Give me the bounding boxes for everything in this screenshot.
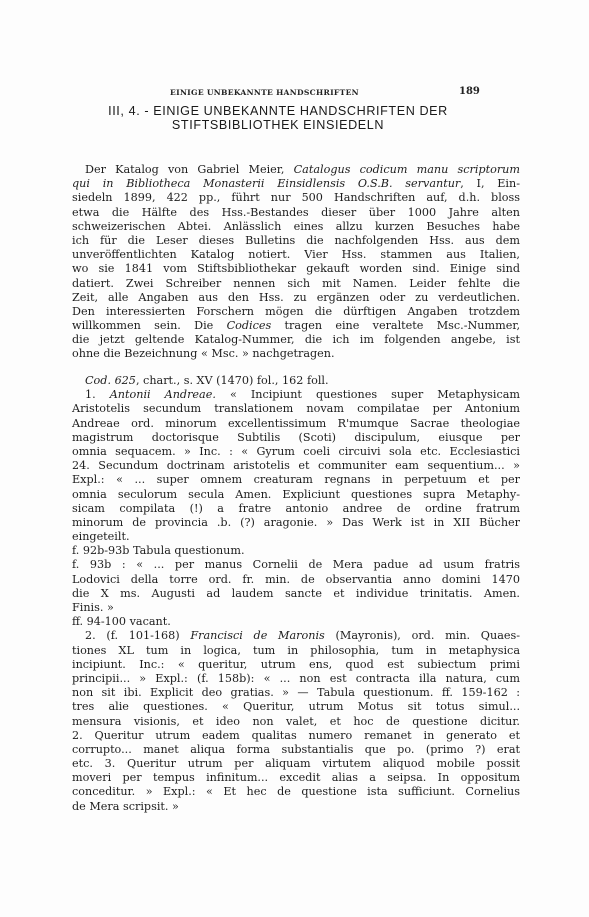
codices-word: Codices — [227, 319, 272, 332]
text-line: wo sie 1841 vom Stiftsbibliothekar gekau… — [72, 262, 520, 276]
author-name: Francisci de Maronis — [190, 629, 324, 642]
text-line: eingeteilt. — [72, 530, 520, 544]
codex-heading: Cod. 625, chart., s. XV (1470) fol., 162… — [72, 374, 520, 388]
text-line: Lodovici della torre ord. fr. min. de ob… — [72, 573, 520, 587]
text-line: qui in Bibliotheca Monasterii Einsidlens… — [72, 177, 520, 191]
text-line: Andreae ord. minorum excellentissimum R'… — [72, 417, 520, 431]
text-line: tres alie questiones. « Queritur, utrum … — [72, 700, 520, 714]
text-line: de Mera scripsit. » — [72, 800, 520, 814]
text-line: ich für die Leser dieses Bulletins die n… — [72, 234, 520, 248]
text-line: die jetzt geltende Katalog-Nummer, die i… — [72, 333, 520, 347]
text-line: Zeit, alle Angaben aus den Hss. zu ergän… — [72, 291, 520, 305]
text-line: sicam compilata (!) a fratre antonio and… — [72, 502, 520, 516]
page-number: 189 — [459, 86, 480, 97]
text-line: ff. 94-100 vacant. — [72, 615, 520, 629]
text-line: Den interessierten Forschern mögen die d… — [72, 305, 520, 319]
text-line: conceditur. » Expl.: « Et hec de questio… — [72, 785, 520, 799]
text-line: omnia sequacem. » Inc. : « Gyrum coeli c… — [72, 445, 520, 459]
catalog-title: Catalogus codicum manu scriptorum — [294, 163, 520, 176]
text-line: willkommen sein. Die Codices tragen eine… — [72, 319, 520, 333]
text-line: mensura visionis, et ideo non valet, et … — [72, 715, 520, 729]
text-line: tiones XL tum in logica, tum in philosop… — [72, 644, 520, 658]
document-page: EINIGE UNBEKANNTE HANDSCHRIFTEN 189 III,… — [0, 0, 589, 917]
text-line: die X ms. Augusti ad laudem sancte et in… — [72, 587, 520, 601]
section-title-line-1: III, 4. - EINIGE UNBEKANNTE HANDSCHRIFTE… — [108, 104, 448, 118]
text-line: non sit ibi. Explicit deo gratias. » — T… — [72, 686, 520, 700]
text-line: incipiunt. Inc.: « queritur, utrum ens, … — [72, 658, 520, 672]
text-line: 2. (f. 101-168) Francisci de Maronis (Ma… — [72, 629, 520, 643]
section-title-line-2: STIFTSBIBLIOTHEK EINSIEDELN — [108, 118, 448, 132]
text-line: unveröffentlichten Katalog notiert. Vier… — [72, 248, 520, 262]
text-line: etwa die Hälfte des Hss.-Bestandes diese… — [72, 206, 520, 220]
text-line: Finis. » — [72, 601, 520, 615]
text-line: magistrum doctorisque Subtilis (Scoti) d… — [72, 431, 520, 445]
text-line: 24. Secundum doctrinam aristotelis et co… — [72, 459, 520, 473]
catalog-title-cont: qui in Bibliotheca Monasterii Einsidlens… — [72, 177, 460, 190]
text-line: minorum de provincia .b. (?) aragonie. »… — [72, 516, 520, 530]
running-header: EINIGE UNBEKANNTE HANDSCHRIFTEN — [170, 88, 420, 97]
text-line: 2. Queritur utrum eadem qualitas numero … — [72, 729, 520, 743]
text-line: 1. Antonii Andreae. « Incipiunt question… — [72, 388, 520, 402]
codex-number: Cod. 625 — [85, 374, 136, 387]
author-name: Antonii Andreae. — [110, 388, 216, 401]
text-line: corrupto... manet aliqua forma substanti… — [72, 743, 520, 757]
text-line: principii... » Expl.: (f. 158b): « ... n… — [72, 672, 520, 686]
text-line: Der Katalog von Gabriel Meier, Catalogus… — [72, 163, 520, 177]
text-line: moveri per tempus infinitum... excedit a… — [72, 771, 520, 785]
text-line: schweizerischen Abtei. Anlässlich eines … — [72, 220, 520, 234]
text-line: f. 93b : « ... per manus Cornelii de Mer… — [72, 558, 520, 572]
text-line: etc. 3. Queritur utrum per aliquam virtu… — [72, 757, 520, 771]
intro-paragraph: Der Katalog von Gabriel Meier, Catalogus… — [72, 163, 520, 362]
text-line: ohne die Bezeichnung « Msc. » nachgetrag… — [72, 347, 520, 361]
text-line: siedeln 1899, 422 pp., führt nur 500 Han… — [72, 191, 520, 205]
text-line: Aristotelis secundum translationem novam… — [72, 402, 520, 416]
section-title: III, 4. - EINIGE UNBEKANNTE HANDSCHRIFTE… — [108, 104, 448, 132]
text-line: f. 92b-93b Tabula questionum. — [72, 544, 520, 558]
text-line: omnia seculorum secula Amen. Expliciunt … — [72, 488, 520, 502]
text-line: Expl.: « ... super omnem creaturam regna… — [72, 473, 520, 487]
codex-entry: Cod. 625, chart., s. XV (1470) fol., 162… — [72, 374, 520, 814]
text-line: datiert. Zwei Schreiber nennen sich mit … — [72, 277, 520, 291]
